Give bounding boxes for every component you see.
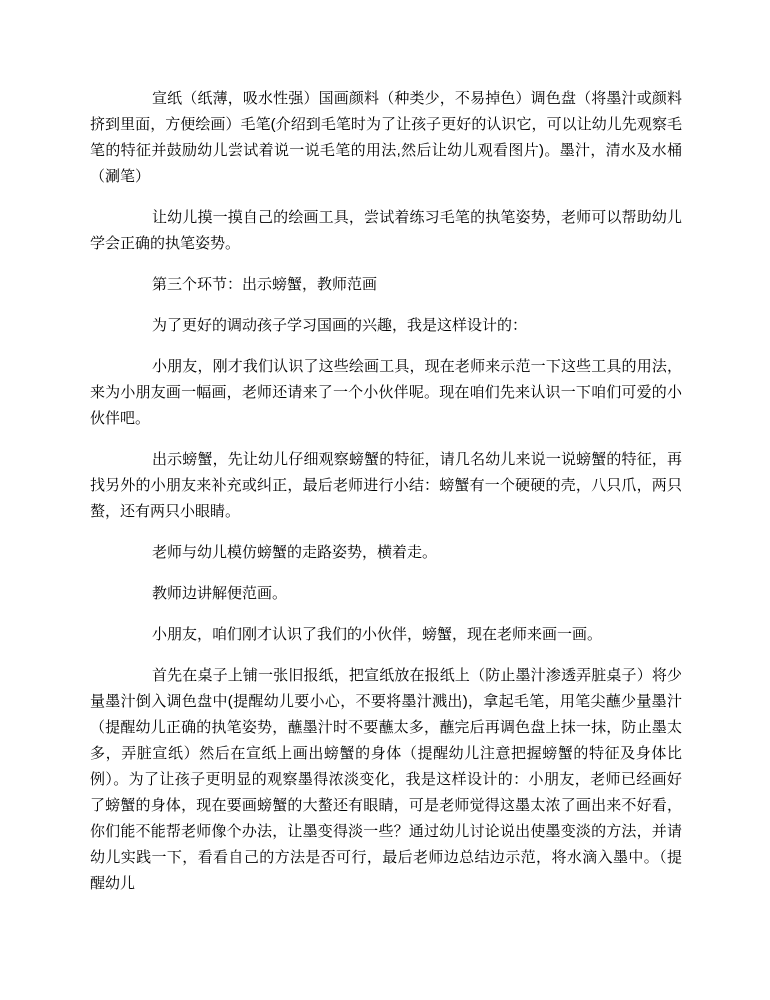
paragraph: 出示螃蟹，先让幼儿仔细观察螃蟹的特征，请几名幼儿来说一说螃蟹的特征，再找另外的小… — [90, 447, 682, 525]
document-content: 宣纸（纸薄，吸水性强）国画颜料（种类少，不易掉色）调色盘（将墨汁或颜料挤到里面，… — [90, 86, 682, 912]
paragraph: 教师边讲解便范画。 — [90, 581, 682, 607]
paragraph: 小朋友，刚才我们认识了这些绘画工具，现在老师来示范一下这些工具的用法，来为小朋友… — [90, 354, 682, 432]
paragraph: 小朋友，咱们刚才认识了我们的小伙伴，螃蟹，现在老师来画一画。 — [90, 622, 682, 648]
paragraph: 让幼儿摸一摸自己的绘画工具，尝试着练习毛笔的执笔姿势，老师可以帮助幼儿学会正确的… — [90, 205, 682, 257]
paragraph: 第三个环节：出示螃蟹，教师范画 — [90, 272, 682, 298]
paragraph: 为了更好的调动孩子学习国画的兴趣，我是这样设计的： — [90, 313, 682, 339]
paragraph: 宣纸（纸薄，吸水性强）国画颜料（种类少，不易掉色）调色盘（将墨汁或颜料挤到里面，… — [90, 86, 682, 190]
paragraph: 首先在桌子上铺一张旧报纸，把宣纸放在报纸上（防止墨汁渗透弄脏桌子）将少量墨汁倒入… — [90, 663, 682, 897]
paragraph: 老师与幼儿模仿螃蟹的走路姿势，横着走。 — [90, 540, 682, 566]
document-page: 宣纸（纸薄，吸水性强）国画颜料（种类少，不易掉色）调色盘（将墨汁或颜料挤到里面，… — [0, 0, 770, 1000]
